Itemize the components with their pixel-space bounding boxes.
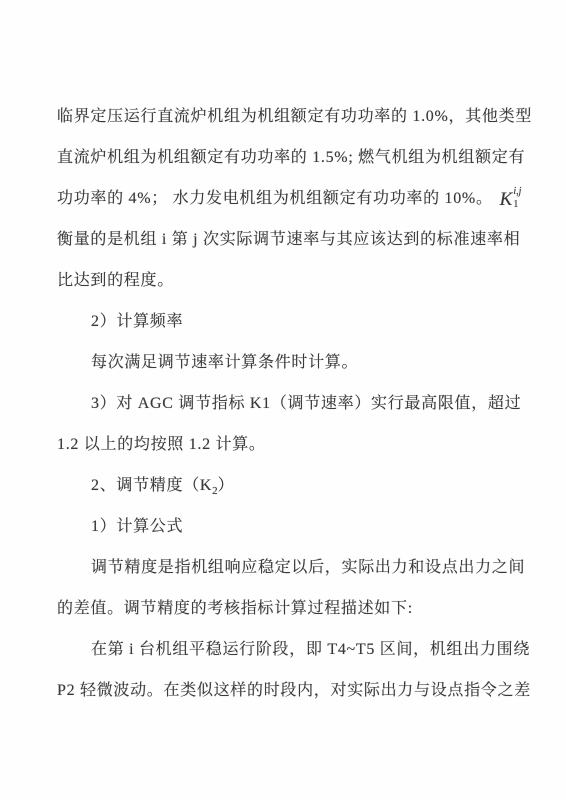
text-line-10-text-after: ） [218, 477, 235, 494]
text-line-14: 在第 i 台机组平稳运行阶段，即 T4~T5 区间，机组出力围绕 [57, 629, 505, 670]
k1-formula: Ki,j1 [500, 179, 522, 220]
text-line-10-text-before: 2、调节精度（K [91, 477, 212, 494]
text-line-3: 功功率的 4%； 水力发电机组为机组额定有功功率的 10%。Ki,j1 [57, 178, 505, 219]
text-line-4-text: 衡量的是机组 i 第 j 次实际调节速率与其应该达到的标准速率相 [57, 231, 520, 248]
text-line-5-text: 比达到的程度。 [57, 272, 174, 289]
text-line-13: 的差值。调节精度的考核指标计算过程描述如下: [57, 588, 505, 629]
text-line-8: 3）对 AGC 调节指标 K1（调节速率）实行最高限值，超过 [57, 383, 505, 424]
text-line-8-text: 3）对 AGC 调节指标 K1（调节速率）实行最高限值，超过 [91, 395, 521, 412]
text-line-2-text: 直流炉机组为机组额定有功功率的 1.5%; 燃气机组为机组额定有 [57, 149, 525, 166]
text-line-9: 1.2 以上的均按照 1.2 计算。 [57, 424, 505, 465]
text-line-11: 1）计算公式 [57, 506, 505, 547]
text-line-12: 调节精度是指机组响应稳定以后，实际出力和设点出力之间 [57, 547, 505, 588]
text-line-10: 2、调节精度（K2） [57, 465, 505, 506]
text-line-7-text: 每次满足调节速率计算条件时计算。 [91, 354, 358, 371]
k1-formula-subscript: 1 [513, 200, 521, 210]
text-line-12-text: 调节精度是指机组响应稳定以后，实际出力和设点出力之间 [91, 559, 525, 576]
text-line-3-text: 功功率的 4%； 水力发电机组为机组额定有功功率的 10%。 [57, 190, 493, 207]
k1-formula-superscript: i,j [513, 187, 521, 197]
text-line-9-text: 1.2 以上的均按照 1.2 计算。 [57, 436, 266, 453]
text-line-1: 临界定压运行直流炉机组为机组额定有功功率的 1.0%，其他类型 [57, 96, 505, 137]
text-line-15: P2 轻微波动。在类似这样的时段内，对实际出力与设点指令之差 [57, 670, 505, 711]
text-line-14-text: 在第 i 台机组平稳运行阶段，即 T4~T5 区间，机组出力围绕 [91, 641, 530, 658]
text-line-6: 2）计算频率 [57, 301, 505, 342]
text-line-15-text: P2 轻微波动。在类似这样的时段内，对实际出力与设点指令之差 [57, 682, 531, 699]
text-line-4: 衡量的是机组 i 第 j 次实际调节速率与其应该达到的标准速率相 [57, 219, 505, 260]
scanned-document-page: 临界定压运行直流炉机组为机组额定有功功率的 1.0%，其他类型 直流炉机组为机组… [0, 0, 566, 800]
text-line-11-text: 1）计算公式 [91, 518, 183, 535]
text-line-13-text: 的差值。调节精度的考核指标计算过程描述如下: [57, 600, 413, 617]
text-line-6-text: 2）计算频率 [91, 313, 183, 330]
document-text-block: 临界定压运行直流炉机组为机组额定有功功率的 1.0%，其他类型 直流炉机组为机组… [57, 96, 505, 711]
text-line-5: 比达到的程度。 [57, 260, 505, 301]
text-line-2: 直流炉机组为机组额定有功功率的 1.5%; 燃气机组为机组额定有 [57, 137, 505, 178]
k1-formula-base: K [500, 179, 513, 220]
k1-formula-scripts: i,j1 [513, 187, 521, 210]
text-line-1-text: 临界定压运行直流炉机组为机组额定有功功率的 1.0%，其他类型 [57, 108, 532, 125]
text-line-7: 每次满足调节速率计算条件时计算。 [57, 342, 505, 383]
